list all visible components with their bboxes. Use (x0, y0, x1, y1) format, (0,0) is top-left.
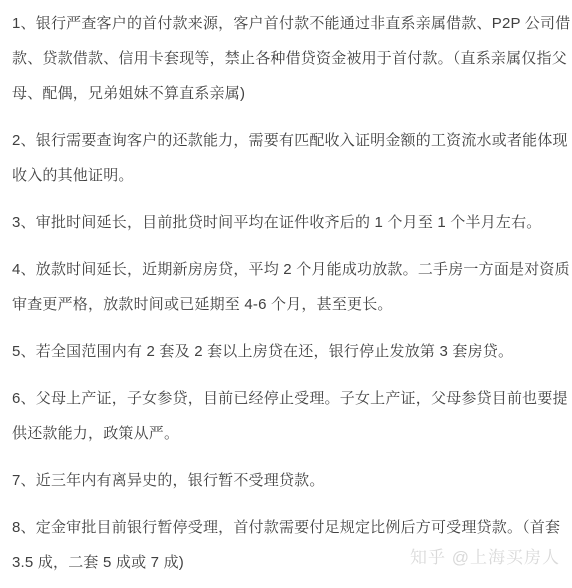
text-line: 6、父母上产证，子女参贷，目前已经停止受理。子女上产证，父母参贷目前也要提 (12, 381, 562, 416)
text-line: 7、近三年内有离异史的，银行暂不受理贷款。 (12, 463, 562, 498)
text-line: 8、定金审批目前银行暂停受理，首付款需要付足规定比例后方可受理贷款。（首套 (12, 510, 562, 545)
text-line: 5、若全国范围内有 2 套及 2 套以上房贷在还，银行停止发放第 3 套房贷。 (12, 334, 562, 369)
text-line: 母、配偶，兄弟姐妹不算直系亲属) (12, 76, 562, 111)
paragraph-3: 3、审批时间延长，目前批贷时间平均在证件收齐后的 1 个月至 1 个半月左右。 (12, 205, 562, 240)
text-line: 收入的其他证明。 (12, 158, 562, 193)
zhihu-watermark: 知乎 @上海买房人 (410, 546, 560, 570)
paragraph-6: 6、父母上产证，子女参贷，目前已经停止受理。子女上产证，父母参贷目前也要提 供还… (12, 381, 562, 451)
paragraph-1: 1、银行严查客户的首付款来源，客户首付款不能通过非直系亲属借款、P2P 公司借 … (12, 6, 562, 111)
text-line: 3、审批时间延长，目前批贷时间平均在证件收齐后的 1 个月至 1 个半月左右。 (12, 205, 562, 240)
text-line: 供还款能力，政策从严。 (12, 416, 562, 451)
text-line: 4、放款时间延长，近期新房房贷，平均 2 个月能成功放款。二手房一方面是对资质 (12, 252, 562, 287)
text-line: 2、银行需要查询客户的还款能力，需要有匹配收入证明金额的工资流水或者能体现 (12, 123, 562, 158)
text-line: 1、银行严查客户的首付款来源，客户首付款不能通过非直系亲属借款、P2P 公司借 (12, 6, 562, 41)
text-line: 审查更严格，放款时间或已延期至 4-6 个月，甚至更长。 (12, 287, 562, 322)
paragraph-4: 4、放款时间延长，近期新房房贷，平均 2 个月能成功放款。二手房一方面是对资质 … (12, 252, 562, 322)
paragraph-2: 2、银行需要查询客户的还款能力，需要有匹配收入证明金额的工资流水或者能体现 收入… (12, 123, 562, 193)
paragraph-5: 5、若全国范围内有 2 套及 2 套以上房贷在还，银行停止发放第 3 套房贷。 (12, 334, 562, 369)
article-body: 1、银行严查客户的首付款来源，客户首付款不能通过非直系亲属借款、P2P 公司借 … (0, 0, 572, 580)
text-line: 款、贷款借款、信用卡套现等，禁止各种借贷资金被用于首付款。（直系亲属仅指父 (12, 41, 562, 76)
paragraph-7: 7、近三年内有离异史的，银行暂不受理贷款。 (12, 463, 562, 498)
